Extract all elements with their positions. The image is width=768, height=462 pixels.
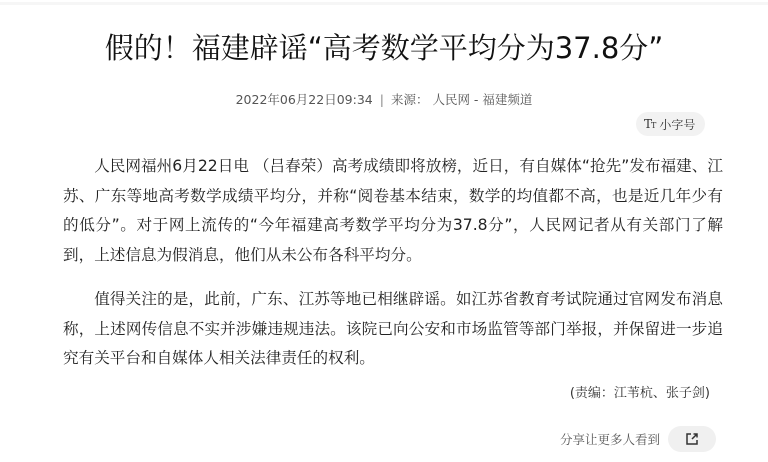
source-link[interactable]: 人民网 - 福建频道	[432, 92, 532, 107]
meta-separator: |	[380, 92, 384, 107]
publish-datetime: 2022年06月22日09:34	[236, 92, 373, 107]
top-divider	[0, 2, 768, 5]
share-icon	[685, 432, 699, 446]
source-label: 来源：	[391, 92, 429, 107]
article-meta: 2022年06月22日09:34 | 来源： 人民网 - 福建频道	[0, 91, 768, 109]
share-row: 分享让更多人看到	[560, 426, 716, 452]
article-title: 假的！福建辟谣“高考数学平均分为37.8分”	[0, 28, 768, 68]
article-body: 人民网福州6月22日电 （吕春荣）高考成绩即将放榜，近日，有自媒体“抢先”发布福…	[63, 152, 723, 389]
font-size-toggle-button[interactable]: TT 小字号	[636, 112, 705, 136]
share-button[interactable]	[668, 426, 716, 452]
article-paragraph: 值得关注的是，此前，广东、江苏等地已相继辟谣。如江苏省教育考试院通过官网发布消息…	[63, 285, 723, 374]
font-size-toggle-label: 小字号	[659, 116, 695, 133]
article-paragraph: 人民网福州6月22日电 （吕春荣）高考成绩即将放榜，近日，有自媒体“抢先”发布福…	[63, 152, 723, 270]
editor-credit: (责编：江苇杭、张子剑)	[570, 384, 710, 404]
article-page: 假的！福建辟谣“高考数学平均分为37.8分” 2022年06月22日09:34 …	[0, 0, 768, 462]
share-label: 分享让更多人看到	[560, 430, 660, 448]
text-size-icon: TT	[644, 117, 655, 131]
